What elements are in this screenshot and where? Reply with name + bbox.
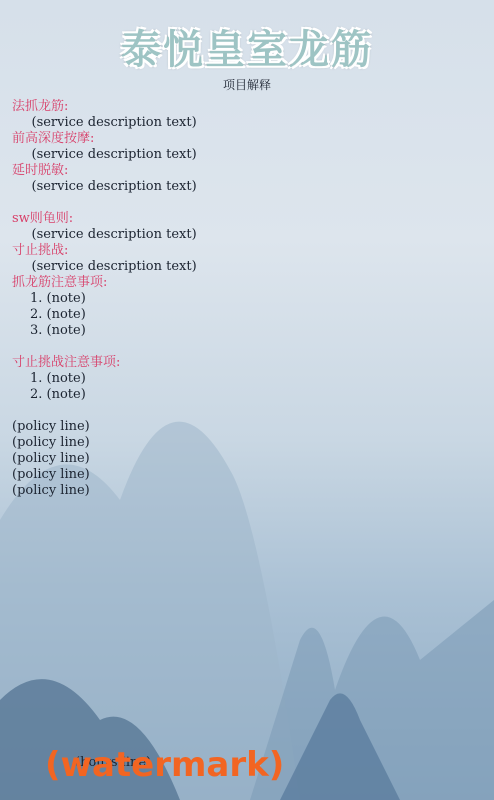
section: sw则龟则: (service description text)	[12, 211, 482, 243]
section-heading: 法抓龙筋:	[12, 99, 482, 115]
spacer	[12, 403, 482, 419]
policy-line: (policy line)	[12, 483, 482, 499]
section: 延时脱敏: (service description text)	[12, 163, 482, 195]
policy-line: (policy line)	[12, 435, 482, 451]
flyer-content: 泰悦皇室龙筋 项目解释 法抓龙筋: (service description t…	[0, 18, 494, 499]
policy-line: (policy line)	[12, 451, 482, 467]
notes-heading: 寸止挑战注意事项:	[12, 355, 482, 371]
note-item: 1. (note)	[12, 291, 482, 307]
section-heading: 前高深度按摩:	[12, 131, 482, 147]
note-item: 2. (note)	[12, 307, 482, 323]
notes-block: 寸止挑战注意事项: 1. (note) 2. (note)	[12, 355, 482, 403]
page-title: 泰悦皇室龙筋	[12, 18, 482, 70]
section-body: (service description text)	[12, 179, 482, 195]
section: 寸止挑战: (service description text)	[12, 243, 482, 275]
spacer	[12, 339, 482, 355]
subtitle: 项目解释	[12, 76, 482, 93]
note-item: 3. (note)	[12, 323, 482, 339]
section-body: (service description text)	[12, 115, 482, 131]
spacer	[12, 195, 482, 211]
section-body: (service description text)	[12, 147, 482, 163]
notes-block: 抓龙筋注意事项: 1. (note) 2. (note) 3. (note)	[12, 275, 482, 339]
note-item: 2. (note)	[12, 387, 482, 403]
policy-line: (policy line)	[12, 467, 482, 483]
section-body: (service description text)	[12, 227, 482, 243]
policy-block: (policy line) (policy line) (policy line…	[12, 419, 482, 499]
section-heading: 延时脱敏:	[12, 163, 482, 179]
section: 法抓龙筋: (service description text)	[12, 99, 482, 131]
section-heading: 寸止挑战:	[12, 243, 482, 259]
notes-heading: 抓龙筋注意事项:	[12, 275, 482, 291]
section-heading: sw则龟则:	[12, 211, 482, 227]
section: 前高深度按摩: (service description text)	[12, 131, 482, 163]
watermark: (watermark)	[45, 745, 284, 785]
policy-line: (policy line)	[12, 419, 482, 435]
note-item: 1. (note)	[12, 371, 482, 387]
section-body: (service description text)	[12, 259, 482, 275]
